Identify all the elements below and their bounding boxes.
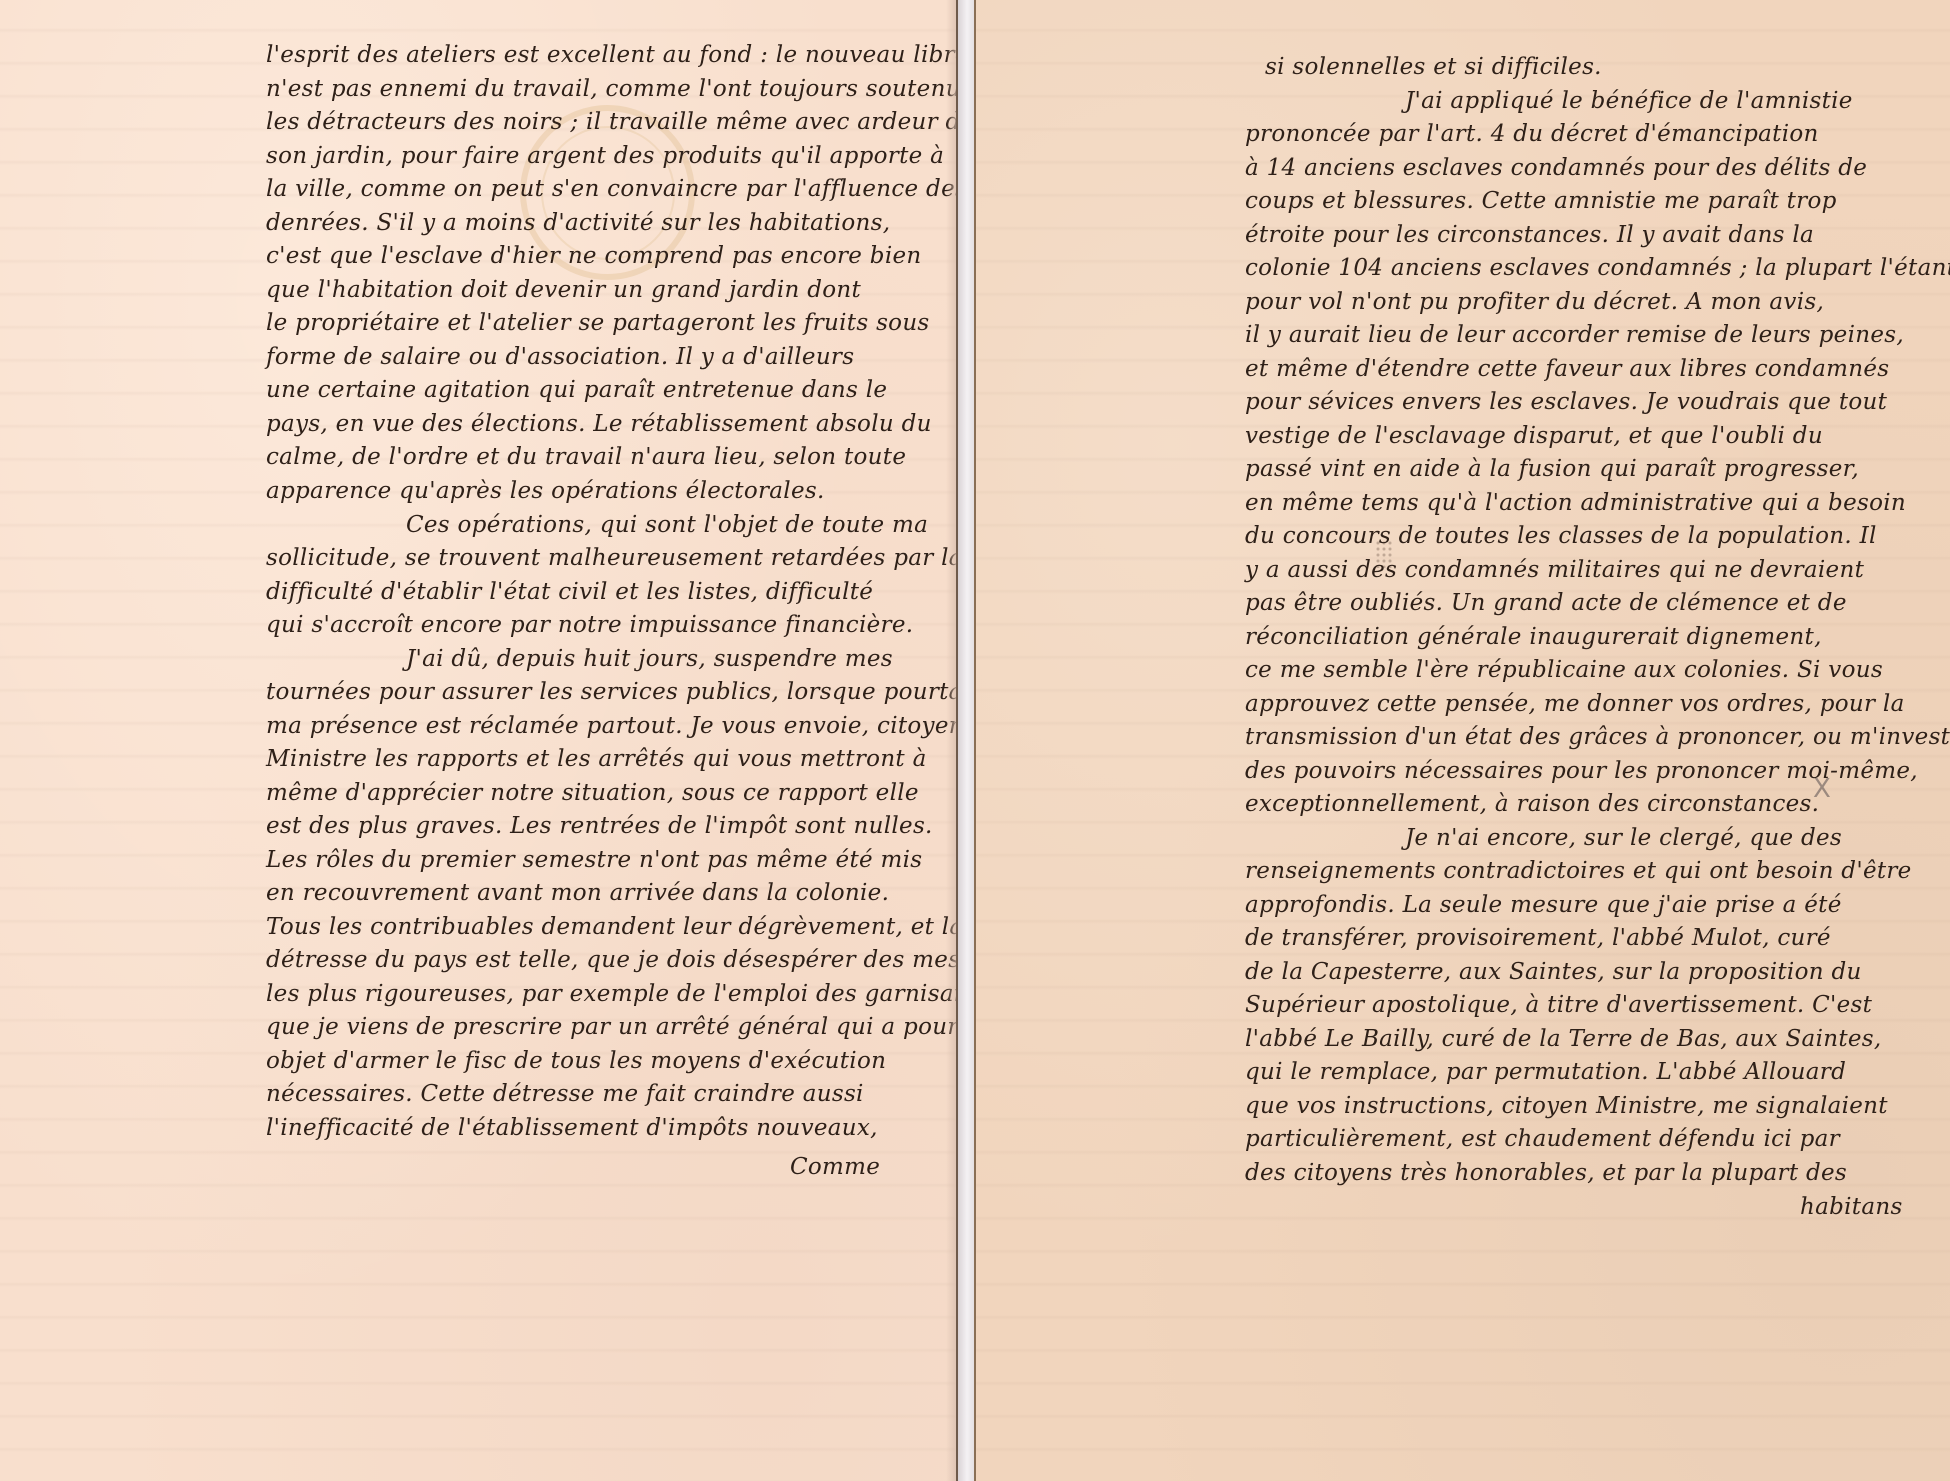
manuscript-line: à 14 anciens esclaves condamnés pour des… <box>1245 153 1945 183</box>
paragraph-start-line: Je n'ai encore, sur le clergé, que des <box>1265 823 1945 853</box>
manuscript-line: il y aurait lieu de leur accorder remise… <box>1245 320 1945 350</box>
manuscript-line: que vos instructions, citoyen Ministre, … <box>1245 1091 1945 1121</box>
manuscript-line: ce me semble l'ère républicaine aux colo… <box>1245 655 1945 685</box>
paragraph-start-line: J'ai appliqué le bénéfice de l'amnistie <box>1265 86 1945 116</box>
manuscript-line: colonie 104 anciens esclaves condamnés ;… <box>1245 253 1945 283</box>
manuscript-line: renseignements contradictoires et qui on… <box>1245 856 1945 886</box>
manuscript-line: de transférer, provisoirement, l'abbé Mu… <box>1245 923 1945 953</box>
manuscript-line: vestige de l'esclavage disparut, et que … <box>1245 421 1945 451</box>
manuscript-line: qui le remplace, par permutation. L'abbé… <box>1245 1057 1945 1087</box>
manuscript-line: de la Capesterre, aux Saintes, sur la pr… <box>1245 957 1945 987</box>
manuscript-line: coups et blessures. Cette amnistie me pa… <box>1245 186 1945 216</box>
manuscript-line: passé vint en aide à la fusion qui paraî… <box>1245 454 1945 484</box>
manuscript-line: pour sévices envers les esclaves. Je vou… <box>1245 387 1945 417</box>
manuscript-line: pas être oubliés. Un grand acte de cléme… <box>1245 588 1945 618</box>
manuscript-line: des citoyens très honorables, et par la … <box>1245 1158 1945 1188</box>
manuscript-line: étroite pour les circonstances. Il y ava… <box>1245 220 1945 250</box>
manuscript-line: l'abbé Le Bailly, curé de la Terre de Ba… <box>1245 1024 1945 1054</box>
right-page-text: si solennelles et si difficiles. J'ai ap… <box>0 0 1950 1481</box>
manuscript-line: particulièrement, est chaudement défendu… <box>1245 1124 1945 1154</box>
manuscript-line: en même tems qu'à l'action administrativ… <box>1245 488 1945 518</box>
manuscript-line: approuvez cette pensée, me donner vos or… <box>1245 689 1945 719</box>
ink-blot <box>1375 540 1393 568</box>
manuscript-line: Supérieur apostolique, à titre d'avertis… <box>1245 990 1945 1020</box>
manuscript-line: prononcée par l'art. 4 du décret d'émanc… <box>1245 119 1945 149</box>
manuscript-line: approfondis. La seule mesure que j'aie p… <box>1245 890 1945 920</box>
manuscript-line: réconciliation générale inaugurerait dig… <box>1245 622 1945 652</box>
manuscript-line: pour vol n'ont pu profiter du décret. A … <box>1245 287 1945 317</box>
manuscript-line: y a aussi des condamnés militaires qui n… <box>1245 555 1945 585</box>
manuscript-line: et même d'étendre cette faveur aux libre… <box>1245 354 1945 384</box>
pencil-margin-mark: X <box>1813 774 1831 804</box>
manuscript-line: du concours de toutes les classes de la … <box>1245 521 1945 551</box>
manuscript-line: transmission d'un état des grâces à pron… <box>1245 722 1945 752</box>
catchword: habitans <box>1800 1192 1945 1222</box>
manuscript-spread: l'esprit des ateliers est excellent au f… <box>0 0 1950 1481</box>
manuscript-line: exceptionnellement, à raison des circons… <box>1245 789 1945 819</box>
manuscript-line: des pouvoirs nécessaires pour les pronon… <box>1245 756 1945 786</box>
manuscript-line: si solennelles et si difficiles. <box>1265 52 1945 82</box>
